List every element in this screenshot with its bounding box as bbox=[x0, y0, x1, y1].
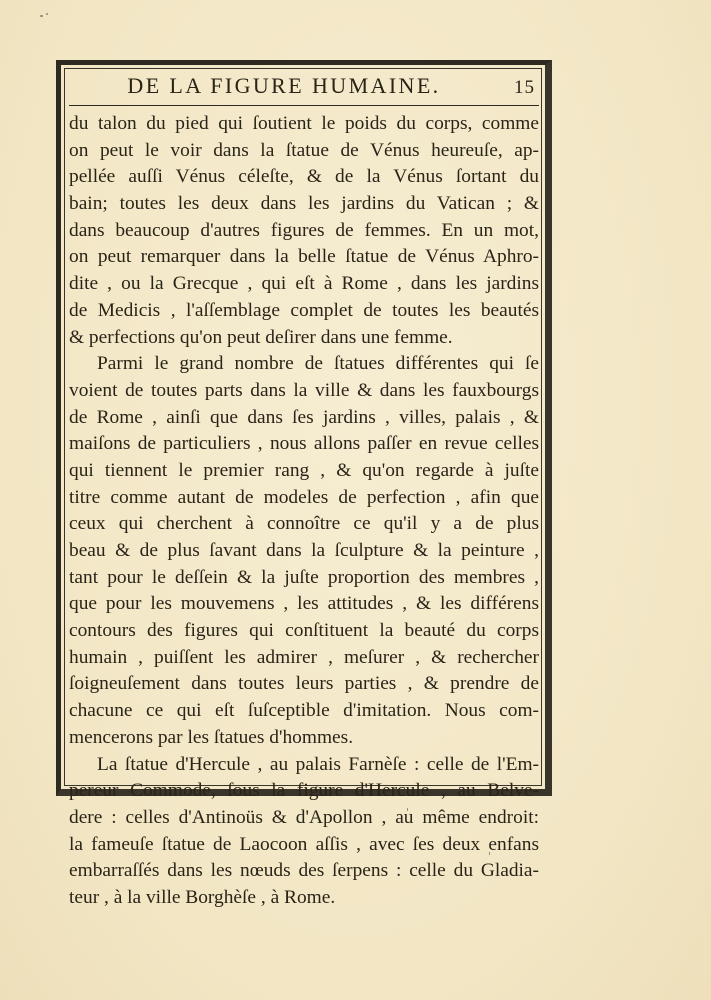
text-line: ſoigneuſement dans toutes leurs parties … bbox=[69, 671, 539, 698]
page-number: 15 bbox=[514, 77, 535, 99]
paragraph-3: La ſtatue d'Hercule , au palais Farnèſe … bbox=[69, 752, 539, 912]
text-line: humain , puiſſent les admirer , meſurer … bbox=[69, 645, 539, 672]
text-line: embarraſſés dans les nœuds des ſerpens :… bbox=[69, 858, 539, 885]
paragraph-2: Parmi le grand nombre de ſtatues différe… bbox=[69, 351, 539, 751]
text-line: chacune ce qui eſt ſuſceptible d'imitati… bbox=[69, 698, 539, 725]
text-line: de Rome , ainſi que dans ſes jardins , v… bbox=[69, 405, 539, 432]
text-line: contours des figures qui conſtituent la … bbox=[69, 618, 539, 645]
page-frame: DE LA FIGURE HUMAINE. 15 du talon du pie… bbox=[56, 60, 552, 796]
text-line: ceux qui cherchent à connoître ce qu'il … bbox=[69, 511, 539, 538]
paragraph-1: du talon du pied qui ſoutient le poids d… bbox=[69, 111, 539, 351]
paper-speck bbox=[46, 13, 48, 15]
text-line: dite , ou la Grecque , qui eſt à Rome , … bbox=[69, 271, 539, 298]
text-line: beau & de plus ſavant dans la ſculpture … bbox=[69, 538, 539, 565]
body-text: du talon du pied qui ſoutient le poids d… bbox=[69, 111, 539, 912]
text-line: pellée auſſi Vénus céleſte, & de la Vénu… bbox=[69, 164, 539, 191]
text-line: voient de toutes parts dans la ville & d… bbox=[69, 378, 539, 405]
text-line: titre comme autant de modeles de perfect… bbox=[69, 485, 539, 512]
text-line: pereur Commode, ſous la figure d'Hercule… bbox=[69, 778, 539, 805]
text-line: qui tiennent le premier rang , & qu'on r… bbox=[69, 458, 539, 485]
text-line: dans beaucoup d'autres figures de femmes… bbox=[69, 218, 539, 245]
text-line: du talon du pied qui ſoutient le poids d… bbox=[69, 111, 539, 138]
text-line: tant pour le deſſein & la juſte proporti… bbox=[69, 565, 539, 592]
text-line: de Medicis , l'aſſemblage complet de tou… bbox=[69, 298, 539, 325]
text-line: & perfections qu'on peut deſirer dans un… bbox=[69, 325, 539, 352]
text-line: La ſtatue d'Hercule , au palais Farnèſe … bbox=[69, 752, 539, 779]
text-line: maiſons de particuliers , nous allons pa… bbox=[69, 431, 539, 458]
text-line: bain; toutes les deux dans les jardins d… bbox=[69, 191, 539, 218]
paper-speck bbox=[40, 15, 43, 17]
text-line: dere : celles d'Antinoüs & d'Apollon , a… bbox=[69, 805, 539, 832]
text-line: que pour les mouvemens , les attitudes ,… bbox=[69, 591, 539, 618]
text-line: on peut le voir dans la ſtatue de Vénus … bbox=[69, 138, 539, 165]
text-line: Parmi le grand nombre de ſtatues différe… bbox=[69, 351, 539, 378]
text-line: teur , à la ville Borghèſe , à Rome. bbox=[69, 885, 539, 912]
text-line: la fameuſe ſtatue de Laocoon aſſis , ave… bbox=[69, 832, 539, 859]
running-head: DE LA FIGURE HUMAINE. 15 bbox=[69, 71, 539, 106]
running-title: DE LA FIGURE HUMAINE. bbox=[69, 73, 499, 99]
text-line: on peut remarquer dans la belle ſtatue d… bbox=[69, 244, 539, 271]
text-line: mencerons par les ſtatues d'hommes. bbox=[69, 725, 539, 752]
